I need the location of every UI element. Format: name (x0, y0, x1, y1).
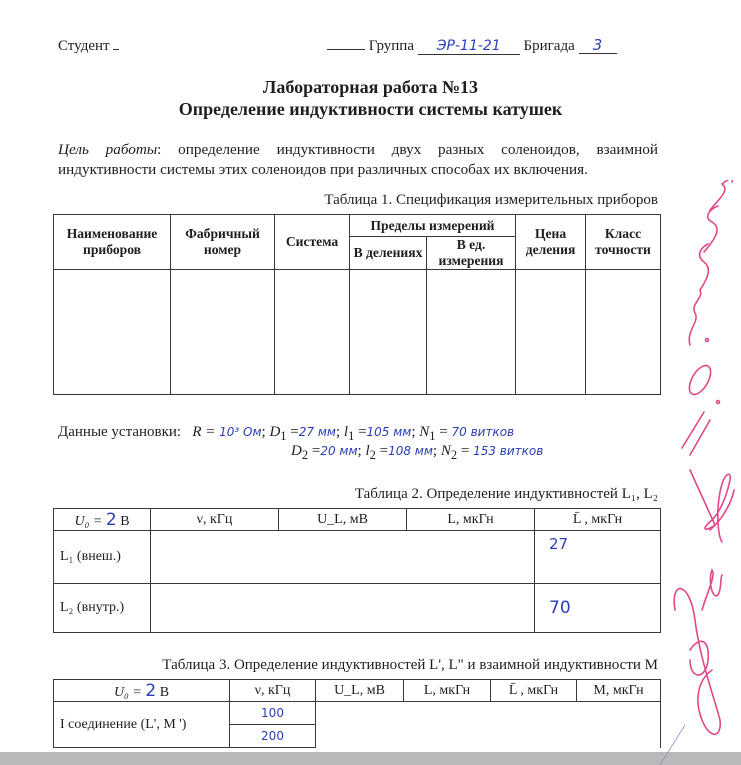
col-system: Система (275, 215, 350, 270)
group-field: Группа ЭР-11-21 Бригада 3 (327, 38, 617, 55)
d2-value[interactable]: 20 мм (320, 444, 357, 458)
cell-limits-div[interactable] (350, 270, 427, 395)
mutual-inductance-table: U₀ = 2 В ν, кГц U_L, мВ L, мкГн L̄ , мкГ… (53, 679, 661, 748)
r-value[interactable]: 10³ Ом (219, 425, 261, 439)
table1-caption: Таблица 1. Спецификация измерительных пр… (200, 192, 658, 209)
d1-label: D (269, 424, 280, 440)
cell-connection-1-measurements[interactable] (316, 702, 661, 748)
l1-value[interactable]: 105 мм (367, 425, 412, 439)
setup-data-line2: D2 =20 мм; l2 =108 мм; N2 = 153 витков (291, 443, 543, 463)
goal-paragraph: Цель работы: определение индуктивности д… (58, 140, 658, 180)
cell-l1-measurements[interactable] (151, 531, 535, 584)
l2-value[interactable]: 108 мм (388, 444, 433, 458)
cell-system[interactable] (275, 270, 350, 395)
cell-l1-mean[interactable]: 27 (535, 531, 661, 584)
r-label: R = (192, 424, 215, 440)
cell-division[interactable] (516, 270, 586, 395)
col-frequency: ν, кГц (230, 680, 316, 702)
u0-unit: В (160, 685, 169, 700)
handwritten-date-signature (660, 180, 741, 765)
table-row: I соединение (L', M ') 100 (54, 702, 661, 725)
cell-l2-measurements[interactable] (151, 584, 535, 633)
col-mutual-inductance: M, мкГн (577, 680, 661, 702)
brigade-value[interactable]: 3 (579, 38, 617, 54)
student-value[interactable] (113, 49, 119, 50)
cell-instrument-name[interactable] (54, 270, 171, 395)
row-label-l2: L₂ (внутр.) (54, 584, 151, 633)
col-instrument-name: Наименование приборов (54, 215, 171, 270)
student-label: Студент (58, 38, 110, 54)
col-inductance: L, мкГн (404, 680, 491, 702)
cell-serial[interactable] (171, 270, 275, 395)
cell-frequency-200[interactable]: 200 (230, 725, 316, 748)
lab-title: Лабораторная работа №13 (0, 77, 741, 98)
n1-label: N (419, 424, 429, 440)
col-measurement-limits: Пределы измерений (350, 215, 516, 237)
blank-line (327, 49, 365, 50)
n1-sub: 1 (429, 429, 435, 443)
col-voltage: U_L, мВ (279, 509, 407, 531)
table-row: L₂ (внутр.) 70 (54, 584, 661, 633)
d2-sub: 2 (302, 448, 308, 462)
col-mean-inductance: L̄ , мкГн (491, 680, 577, 702)
col-inductance: L, мкГн (407, 509, 535, 531)
cell-frequency-100[interactable]: 100 (230, 702, 316, 725)
d1-value[interactable]: 27 мм (299, 425, 336, 439)
setup-label: Данные установки: (58, 424, 181, 440)
col-serial-number: Фабричный номер (171, 215, 275, 270)
u0-label: U₀ = (74, 514, 102, 529)
n2-label: N (441, 443, 451, 459)
u0-value[interactable]: 2 (145, 681, 156, 701)
table2-header: U₀ = 2 В ν, кГц U_L, мВ L, мкГн L̄ , мкГ… (54, 509, 661, 531)
lab-subtitle: Определение индуктивности системы катуше… (0, 99, 741, 120)
scan-edge (0, 752, 741, 765)
inductance-table: U₀ = 2 В ν, кГц U_L, мВ L, мкГн L̄ , мкГ… (53, 508, 661, 633)
n2-value[interactable]: 153 витков (473, 444, 543, 458)
col-frequency: ν, кГц (151, 509, 279, 531)
u0-label: U₀ = (114, 685, 142, 700)
group-value[interactable]: ЭР-11-21 (418, 39, 520, 55)
l2-sub: 2 (370, 448, 376, 462)
table3-header: U₀ = 2 В ν, кГц U_L, мВ L, мкГн L̄ , мкГ… (54, 680, 661, 702)
group-label: Группа (369, 38, 414, 54)
d1-sub: 1 (280, 429, 286, 443)
col-mean-inductance: L̄ , мкГн (535, 509, 661, 531)
cell-l2-mean[interactable]: 70 (535, 584, 661, 633)
col-limits-units: В ед. измерения (427, 237, 516, 270)
table2-caption: Таблица 2. Определение индуктивностей L₁… (250, 486, 658, 503)
n2-sub: 2 (451, 448, 457, 462)
l1-sub: 1 (348, 429, 354, 443)
cell-accuracy[interactable] (586, 270, 661, 395)
brigade-label: Бригада (524, 38, 575, 54)
goal-label: Цель работы (58, 141, 157, 158)
date-digit-1 (682, 412, 710, 455)
col-voltage: U_L, мВ (316, 680, 404, 702)
table-row (54, 270, 661, 395)
col-division-value: Цена деления (516, 215, 586, 270)
table-row: L₁ (внеш.) 27 (54, 531, 661, 584)
setup-data-line1: Данные установки: R = 10³ Ом; D1 =27 мм;… (58, 424, 514, 444)
cell-limits-units[interactable] (427, 270, 516, 395)
u0-unit: В (120, 514, 129, 529)
u0-cell: U₀ = 2 В (54, 509, 151, 531)
table3-caption: Таблица 3. Определение индуктивностей L'… (90, 657, 658, 674)
row-label-l1: L₁ (внеш.) (54, 531, 151, 584)
n1-value[interactable]: 70 витков (452, 425, 515, 439)
u0-value[interactable]: 2 (106, 510, 117, 530)
student-field: Студент (58, 38, 119, 55)
col-limits-divisions: В делениях (350, 237, 427, 270)
col-accuracy-class: Класс точности (586, 215, 661, 270)
instruments-table: Наименование приборов Фабричный номер Си… (53, 214, 661, 395)
row-label-connection-1: I соединение (L', M ') (54, 702, 230, 748)
u0-cell: U₀ = 2 В (54, 680, 230, 702)
d2-label: D (291, 443, 302, 459)
